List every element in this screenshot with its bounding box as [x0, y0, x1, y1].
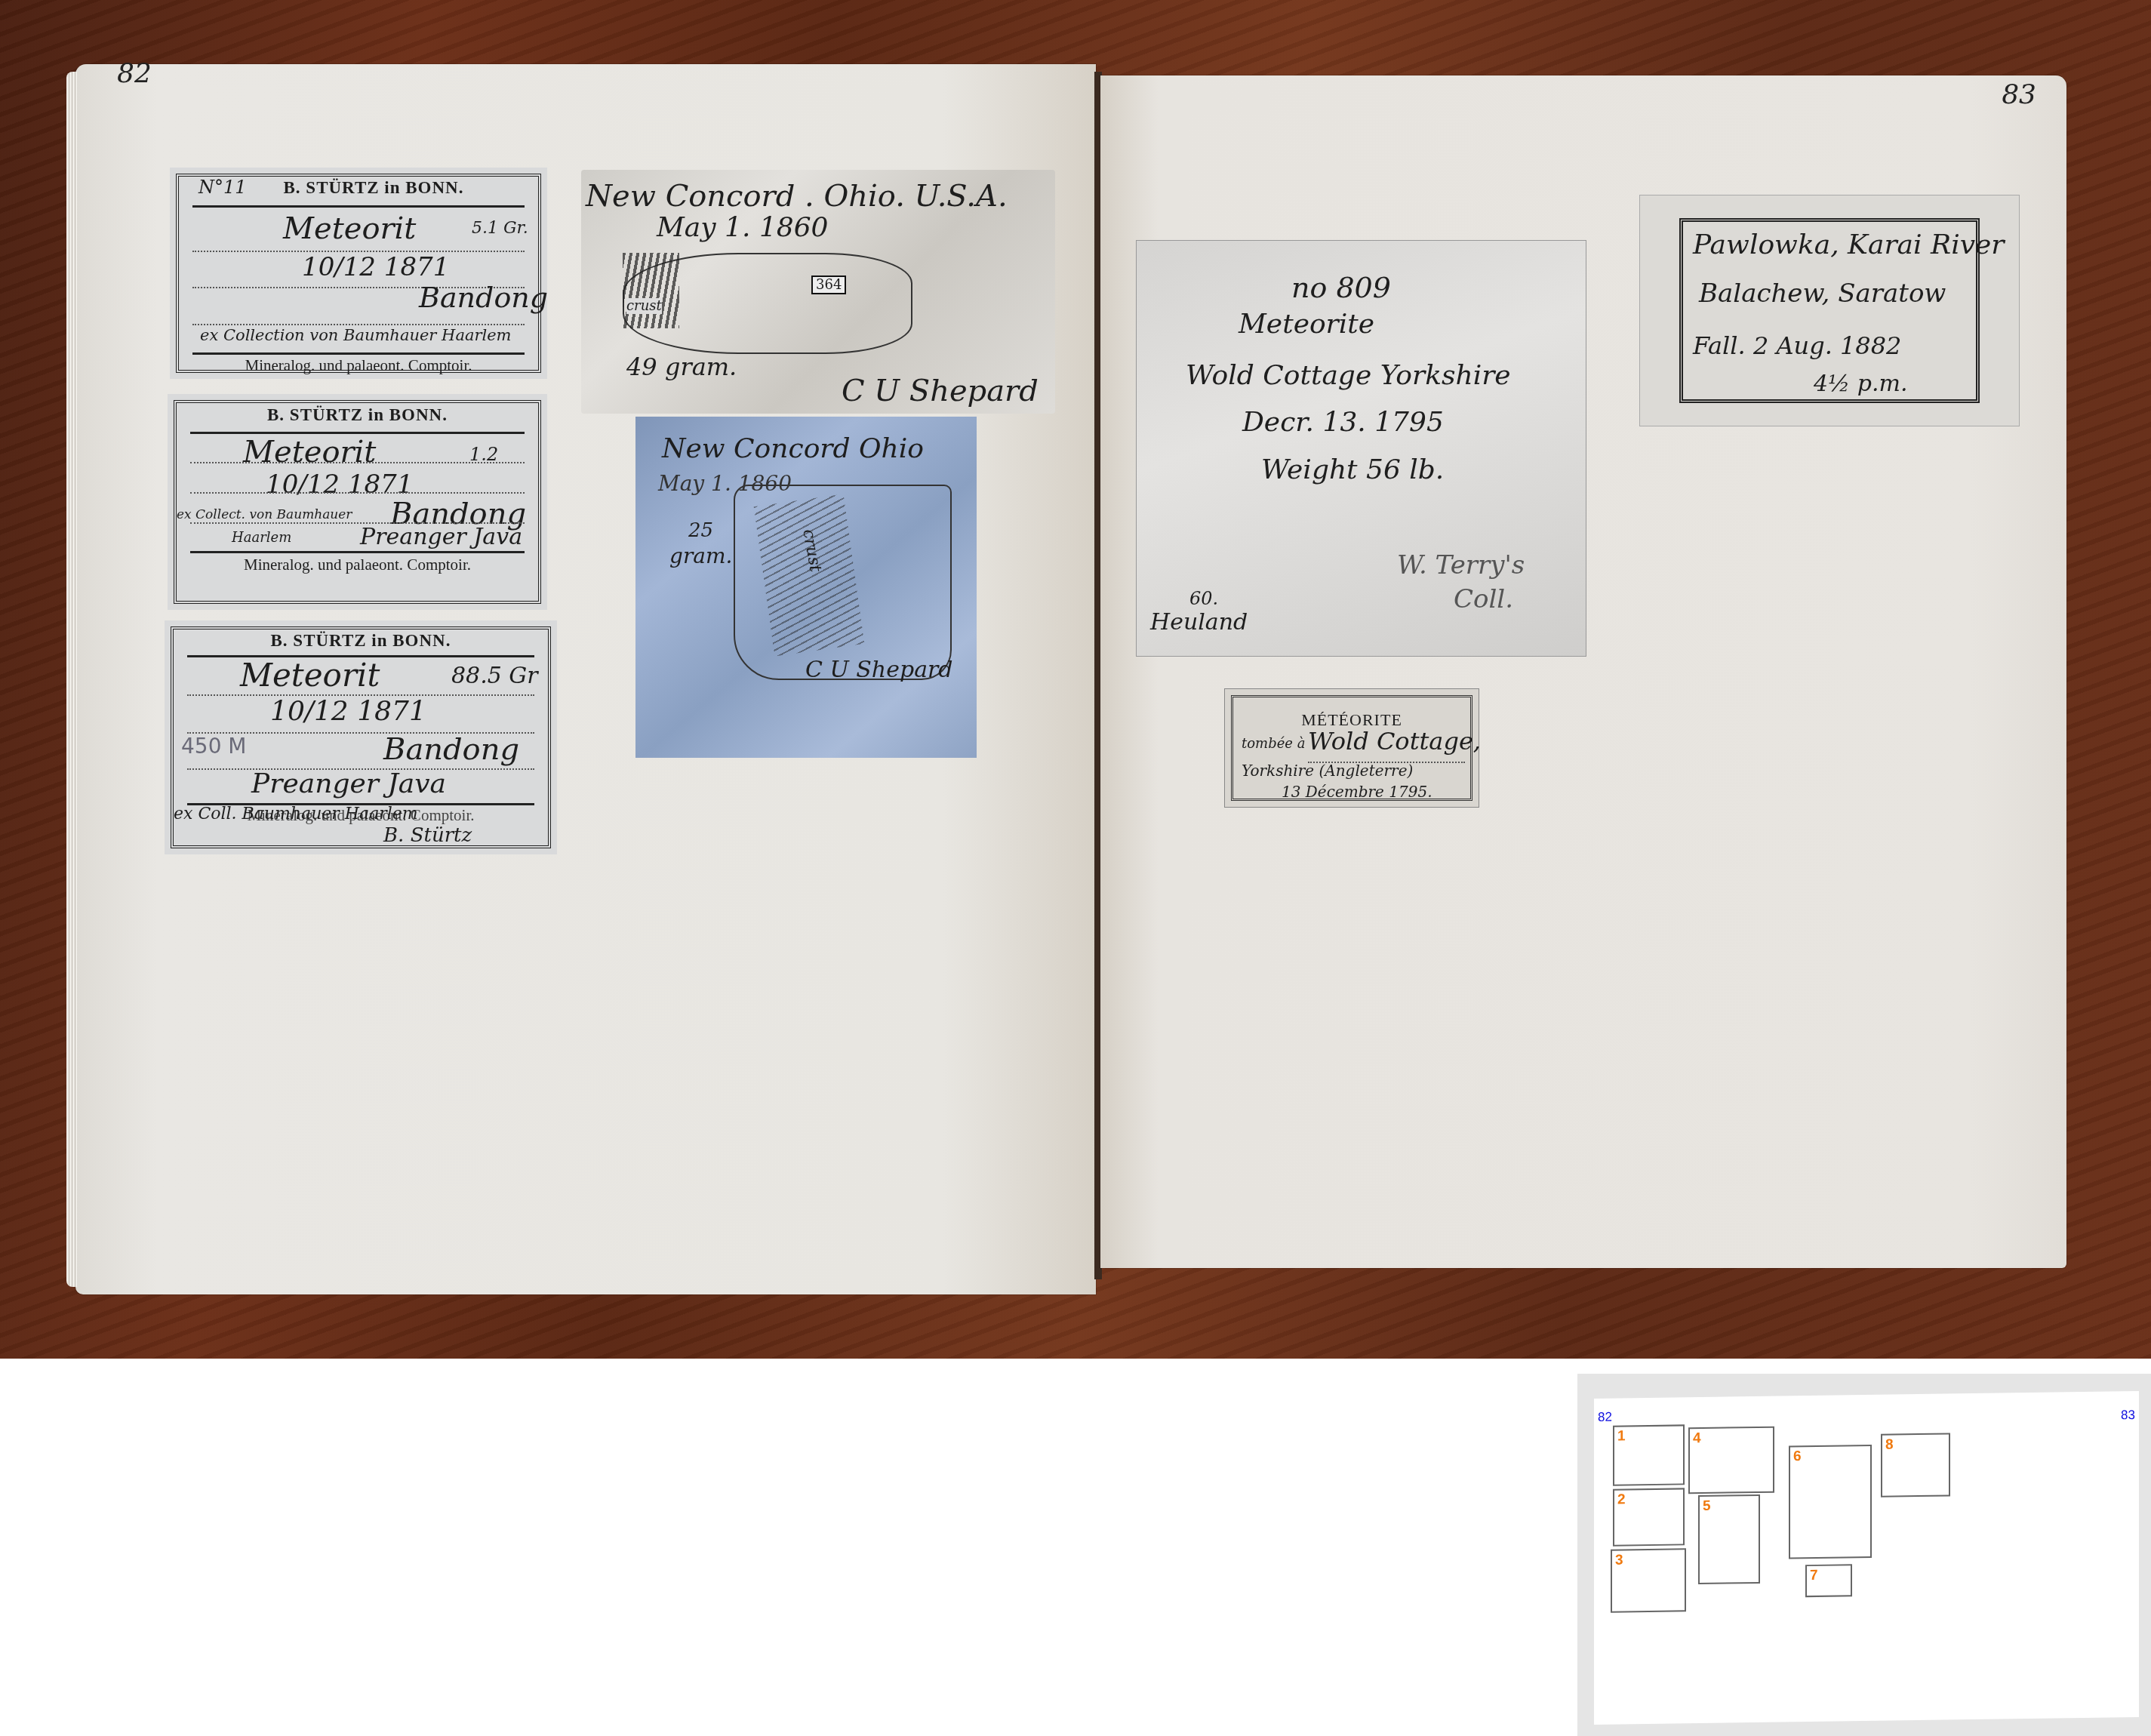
- wrapper-weight-a: 25: [688, 519, 713, 542]
- label-6-wold-cottage: no 809 Meteorite Wold Cottage Yorkshire …: [1136, 240, 1586, 657]
- label-meteorit: Meteorit: [243, 435, 376, 469]
- label-region: Preanger Java: [251, 768, 446, 799]
- label-region: Yorkshire (Angleterre): [1242, 762, 1413, 780]
- wrapper-date: May 1. 1860: [657, 212, 829, 243]
- label-4-tissue-wrapper: New Concord . Ohio. U.S.A. May 1. 1860 c…: [581, 170, 1055, 414]
- label-rule: [190, 551, 525, 553]
- crust-hatching: [623, 253, 679, 328]
- key-page-left: 82: [1598, 1410, 1612, 1425]
- label-provenance: ex Collection von Baumhauer Haarlem: [200, 326, 512, 344]
- label-dotted-line: [190, 462, 525, 463]
- wrapper-locality: New Concord . Ohio. U.S.A.: [586, 179, 1008, 214]
- right-page-number: 83: [2002, 79, 2036, 110]
- label-weight: 88.5 Gr: [451, 663, 538, 689]
- wrapper-weight-b: gram.: [669, 543, 732, 568]
- label-collection-b: Coll.: [1454, 584, 1513, 614]
- key-sheet: 82 83 1 2 3 4 5 6 7 8: [1594, 1391, 2139, 1725]
- specimen-number-box: 364: [811, 275, 846, 294]
- label-weight: 5.1 Gr.: [472, 219, 528, 238]
- label-region: Preanger Java: [360, 524, 522, 550]
- left-page-number: 82: [117, 58, 152, 89]
- label-dotted-line: [192, 324, 525, 325]
- page-stack-edge: [66, 72, 77, 1287]
- wrapper-signature: C U Shepard: [805, 657, 953, 683]
- label-7-meteorite-french: MÉTÉORITE tombée à Wold Cottage, Yorkshi…: [1224, 688, 1479, 808]
- label-header: B. STÜRTZ in BONN.: [170, 178, 547, 198]
- label-signature: B. Stürtz: [383, 824, 472, 847]
- label-catalog-number: no 809: [1291, 271, 1391, 304]
- label-note-a: 60.: [1189, 588, 1218, 609]
- label-date: 10/12 1871: [302, 252, 449, 282]
- label-8-pawlowka: Pawlowka, Karai River Balachew, Saratow …: [1639, 195, 2020, 426]
- label-position-key-diagram: 82 83 1 2 3 4 5 6 7 8: [1577, 1374, 2151, 1736]
- key-box-4: 4: [1688, 1427, 1774, 1494]
- label-date: Decr. 13. 1795: [1242, 407, 1444, 438]
- label-3-sturtz: B. STÜRTZ in BONN. Meteorit 88.5 Gr 10/1…: [165, 620, 557, 854]
- label-dotted-line: [190, 492, 525, 494]
- key-box-number: 8: [1885, 1437, 1894, 1454]
- label-meteorite: Meteorite: [1239, 309, 1374, 340]
- label-meteorit: Meteorit: [283, 211, 416, 246]
- label-locality: Pawlowka, Karai River: [1693, 229, 2005, 260]
- label-date: 13 Décembre 1795.: [1282, 783, 1432, 801]
- label-pencil-note: 450 M: [181, 734, 247, 759]
- label-5-blue-wrapper: New Concord Ohio May 1. 1860 25 gram. cr…: [635, 417, 977, 758]
- label-locality: Bandong: [419, 281, 548, 314]
- label-rule: [190, 432, 525, 434]
- label-rule: [192, 352, 525, 355]
- label-2-sturtz: B. STÜRTZ in BONN. Meteorit 1.2 10/12 18…: [168, 394, 547, 610]
- label-date: 10/12 1871: [270, 696, 426, 727]
- wrapper-weight: 49 gram.: [626, 352, 737, 381]
- key-box-number: 5: [1703, 1498, 1711, 1515]
- label-footer: Mineralog. und palaeont. Comptoir.: [168, 556, 547, 574]
- label-overwrite: ex Coll. Baumhauer Haarlem: [174, 805, 418, 823]
- label-time: 4½ p.m.: [1814, 371, 1907, 397]
- key-box-number: 1: [1617, 1428, 1626, 1445]
- label-prefix: tombée à: [1242, 736, 1305, 752]
- label-provenance-b: Haarlem: [232, 530, 291, 546]
- label-1-sturtz: N°11 B. STÜRTZ in BONN. Meteorit 5.1 Gr.…: [170, 168, 547, 379]
- key-box-number: 6: [1793, 1448, 1802, 1465]
- label-locality: Wold Cottage,: [1308, 727, 1481, 756]
- sketch-crust-label: crust: [626, 298, 662, 314]
- label-note-b: Heuland: [1150, 609, 1248, 636]
- key-box-1: 1: [1613, 1424, 1685, 1485]
- key-box-5: 5: [1698, 1494, 1760, 1584]
- label-date: 10/12 1871: [266, 469, 413, 500]
- key-box-3: 3: [1611, 1548, 1686, 1612]
- label-date: Fall. 2 Aug. 1882: [1693, 331, 1901, 360]
- label-locality: Bandong: [383, 732, 519, 767]
- key-box-8: 8: [1881, 1433, 1950, 1497]
- key-box-7: 7: [1805, 1564, 1852, 1597]
- label-region: Balachew, Saratow: [1699, 279, 1946, 309]
- label-footer: Mineralog. und palaeont. Comptoir.: [170, 356, 547, 375]
- label-provenance-a: ex Collect. von Baumhauer: [177, 507, 352, 522]
- key-box-6: 6: [1789, 1445, 1872, 1559]
- wrapper-signature: C U Shepard: [842, 374, 1039, 408]
- label-rule: [192, 205, 525, 208]
- label-header: B. STÜRTZ in BONN.: [168, 405, 547, 425]
- key-box-2: 2: [1613, 1488, 1685, 1546]
- key-box-number: 3: [1615, 1553, 1623, 1569]
- key-box-number: 4: [1693, 1430, 1701, 1447]
- key-page-right: 83: [2121, 1408, 2135, 1423]
- label-collection-a: W. Terry's: [1397, 550, 1525, 580]
- label-locality: Wold Cottage Yorkshire: [1186, 360, 1511, 391]
- wrapper-locality: New Concord Ohio: [662, 433, 924, 464]
- key-box-number: 2: [1617, 1491, 1626, 1508]
- label-meteorit: Meteorit: [240, 657, 380, 694]
- key-box-number: 7: [1810, 1568, 1818, 1584]
- label-weight: Weight 56 lb.: [1261, 454, 1444, 485]
- label-header: B. STÜRTZ in BONN.: [165, 631, 557, 651]
